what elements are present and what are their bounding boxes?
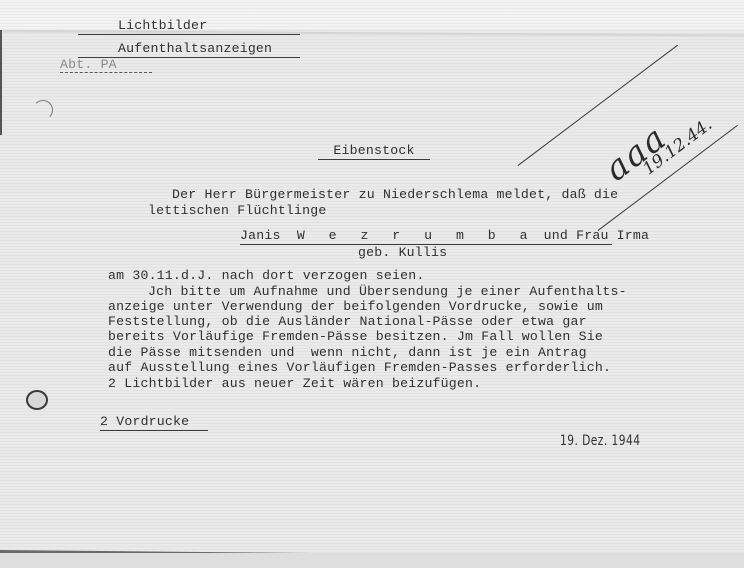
body-line: auf Ausstellung eines Vorläufigen Fremde… xyxy=(108,360,611,375)
refugee-names: Janis W e z r u m b a und Frau Irma xyxy=(240,228,612,245)
punch-hole-top xyxy=(33,100,53,120)
date-stamp: 19. Dez. 1944 xyxy=(560,433,640,449)
body-line: bereits Vorläufige Fremden-Pässe besitze… xyxy=(108,329,603,344)
body-line: 2 Lichtbilder aus neuer Zeit wären beizu… xyxy=(108,376,481,391)
body-line: die Pässe mitsenden und wenn nicht, dann… xyxy=(108,345,587,360)
first-name: Janis xyxy=(240,228,281,243)
enclosure-note: 2 Vordrucke xyxy=(100,414,208,431)
punch-hole-bottom xyxy=(26,390,48,410)
addressee-place: Eibenstock xyxy=(318,143,430,160)
card-left-edge xyxy=(0,30,2,135)
intro-line-2: lettischen Flüchtlinge xyxy=(148,203,327,218)
header-department: Abt. PA xyxy=(60,57,152,73)
intro-line-1: Der Herr Bürgermeister zu Niederschlema … xyxy=(172,187,618,202)
body-line: am 30.11.d.J. nach dort verzogen seien. xyxy=(108,268,424,283)
body-line: anzeige unter Verwendung der beifolgende… xyxy=(108,299,603,314)
body-line: Jch bitte um Aufnahme und Übersendung je… xyxy=(148,284,627,299)
names-rest: und Frau Irma xyxy=(544,228,649,243)
body-line: Feststellung, ob die Ausländer National-… xyxy=(108,314,587,329)
header-subject-residence-reports: Aufenthaltsanzeigen xyxy=(78,41,300,58)
archival-document-card: Lichtbilder Aufenthaltsanzeigen Abt. PA … xyxy=(0,0,744,568)
maiden-name: geb. Kullis xyxy=(358,245,447,260)
surname: W e z r u m b a xyxy=(297,228,536,243)
background-bottom-strip xyxy=(0,553,744,568)
header-subject-photos: Lichtbilder xyxy=(78,18,300,35)
